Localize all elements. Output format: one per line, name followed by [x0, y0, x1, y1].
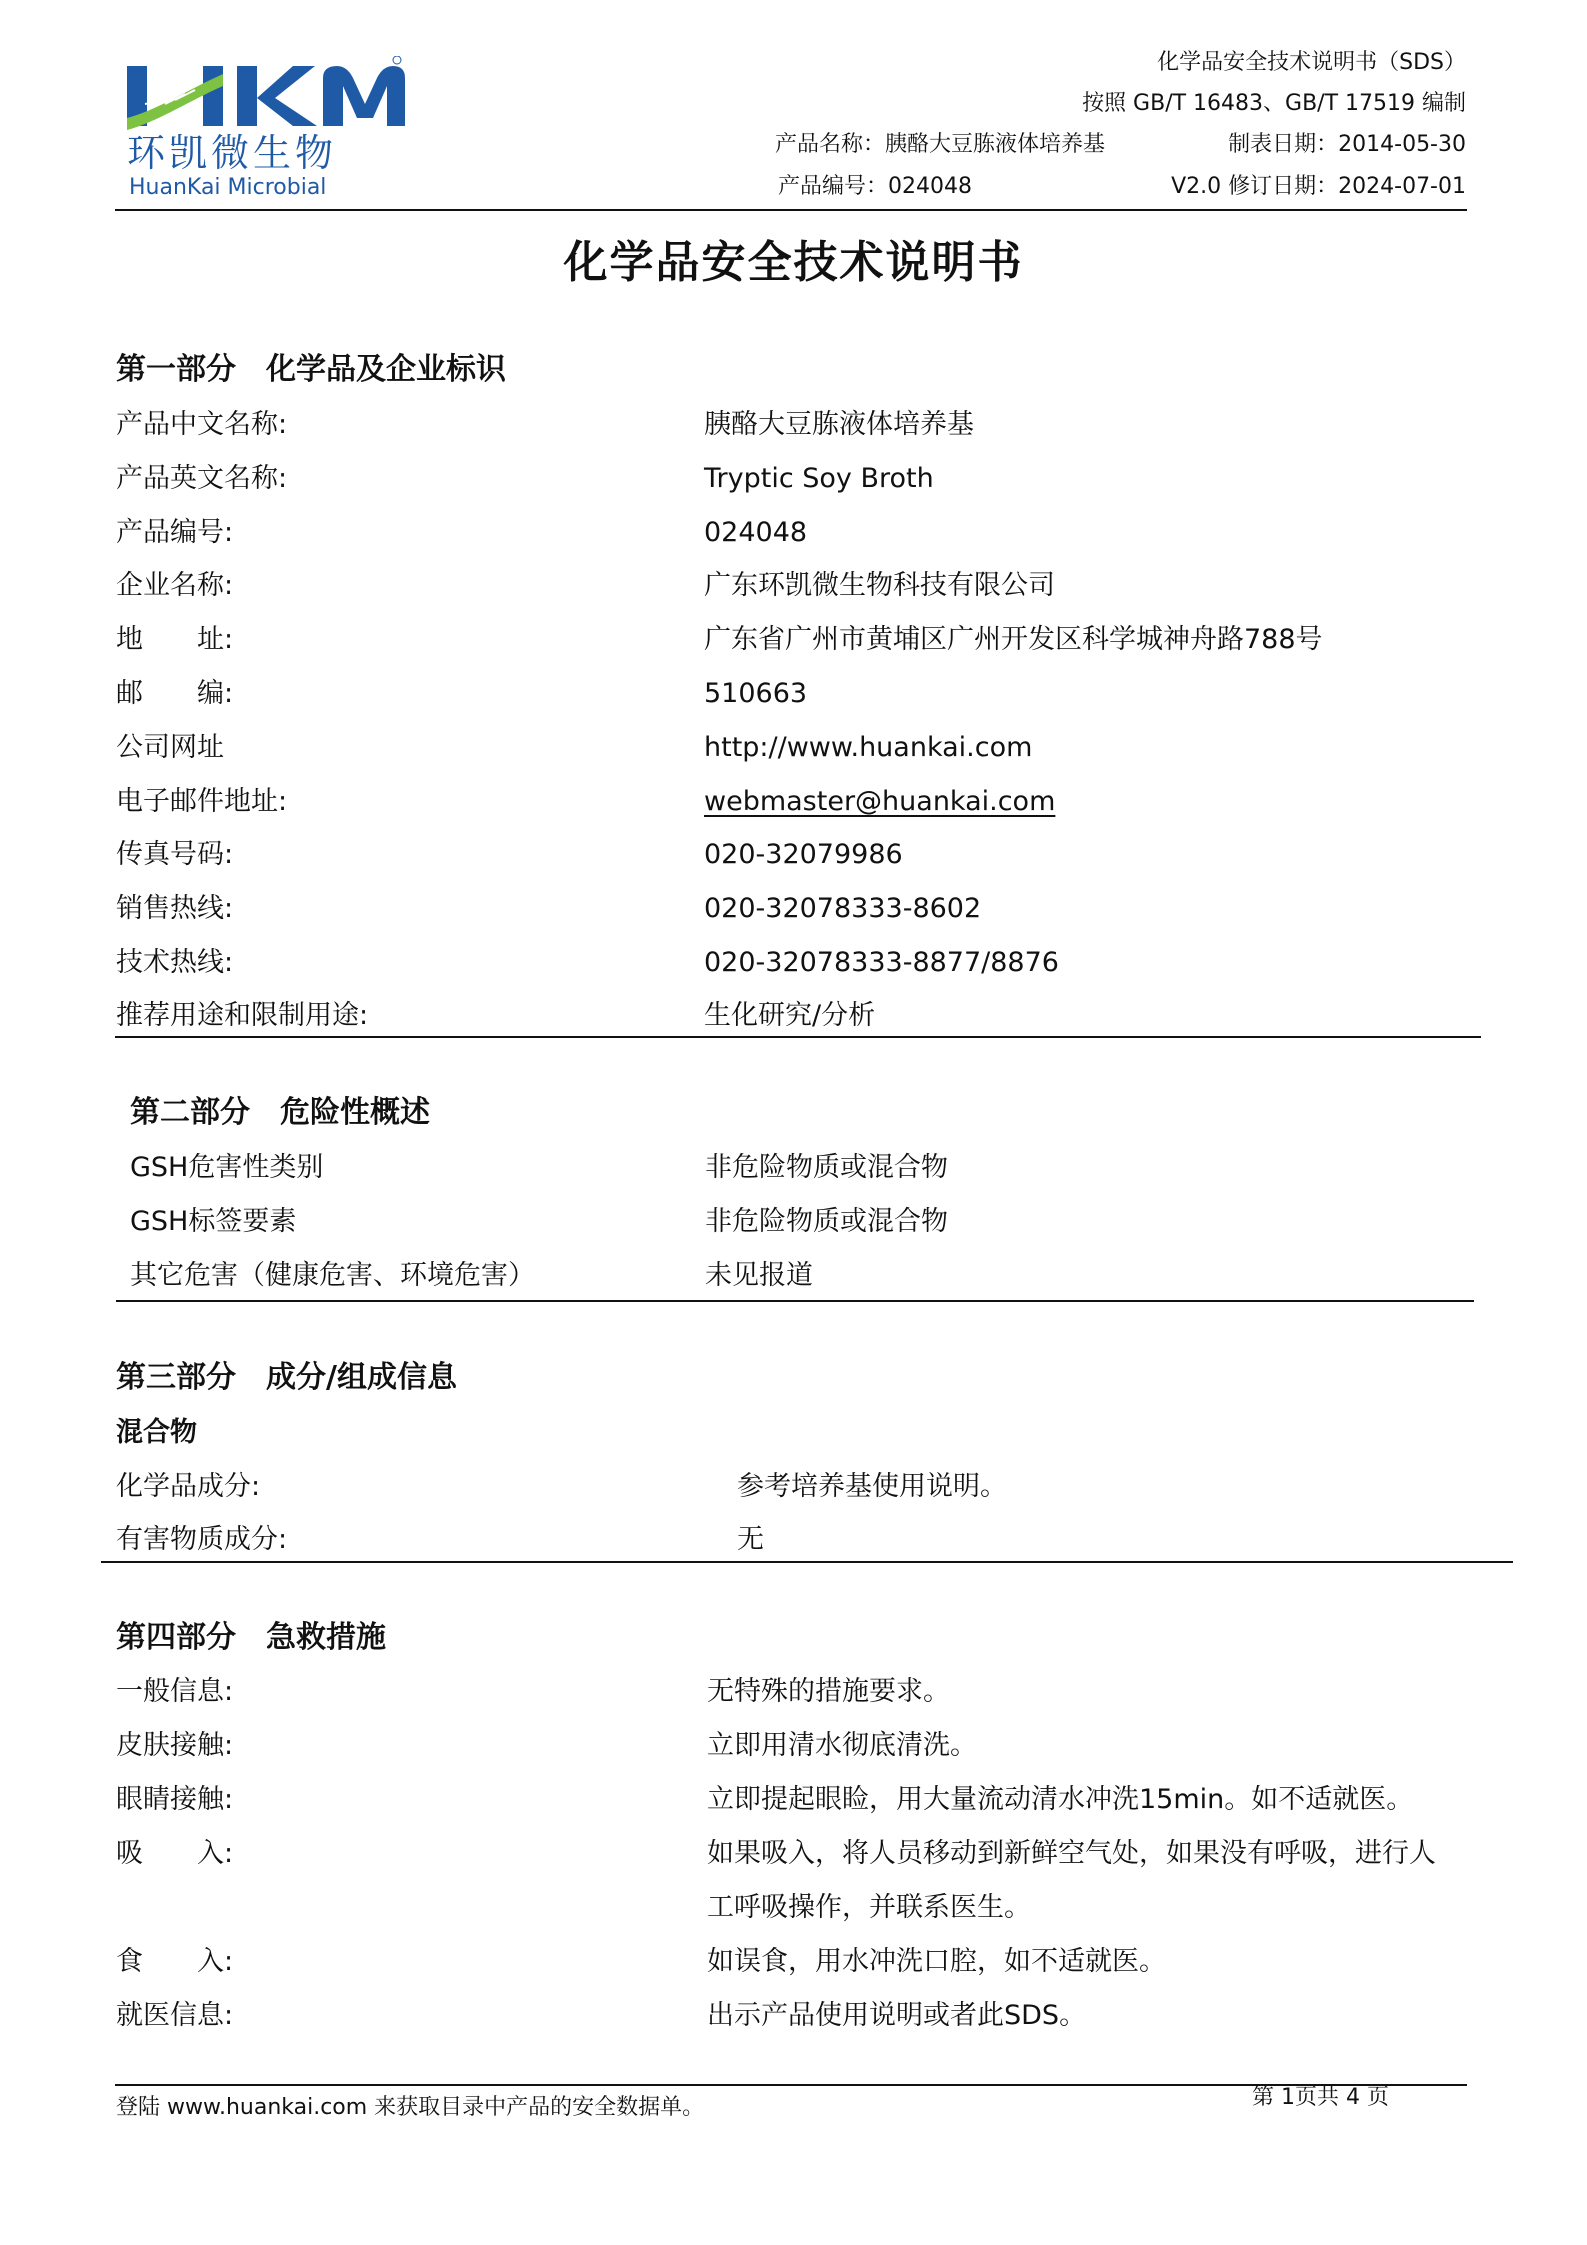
revision-date-value: 2024-07-01 — [1338, 174, 1466, 199]
row-value: 非危险物质或混合物 — [705, 1150, 948, 1186]
section-title: 危险性概述 — [280, 1095, 430, 1130]
row-label: 推荐用途和限制用途: — [116, 998, 368, 1034]
row-label: 电子邮件地址: — [116, 784, 287, 820]
header-divider — [115, 209, 1467, 211]
section-number: 第一部分 — [116, 352, 236, 387]
section-number: 第三部分 — [116, 1360, 236, 1395]
email-link[interactable]: webmaster@huankai.com — [704, 784, 1055, 820]
row-label: 地 址: — [116, 622, 233, 658]
row-label: GSH标签要素 — [130, 1204, 296, 1240]
product-name-value: 胰酪大豆胨液体培养基 — [885, 132, 1105, 157]
section-1-heading: 第一部分化学品及企业标识 — [116, 350, 506, 390]
row-label: GSH危害性类别 — [130, 1150, 323, 1186]
section-1-divider — [115, 1036, 1481, 1038]
standard-label: 按照 GB/T 16483、GB/T 17519 编制 — [1082, 89, 1466, 119]
row-label: 邮 编: — [116, 676, 233, 712]
section-title: 急救措施 — [266, 1620, 386, 1655]
row-value: 如误食，用水冲洗口腔，如不适就医。 — [707, 1944, 1166, 1980]
doc-type-label: 化学品安全技术说明书（SDS） — [1157, 48, 1466, 78]
section-title: 成分/组成信息 — [266, 1360, 457, 1395]
row-label: 化学品成分: — [116, 1469, 260, 1505]
row-value: 参考培养基使用说明。 — [737, 1469, 1007, 1505]
row-label: 有害物质成分: — [116, 1522, 287, 1558]
row-value: 生化研究/分析 — [704, 998, 875, 1034]
created-date-label: 制表日期： — [1228, 132, 1338, 157]
section-3-divider — [101, 1561, 1513, 1563]
section-number: 第四部分 — [116, 1620, 236, 1655]
row-label: 就医信息: — [116, 1998, 233, 2034]
row-value: 020-32078333-8877/8876 — [704, 945, 1059, 981]
row-value-continued: 工呼吸操作，并联系医生。 — [707, 1890, 1031, 1926]
row-value: 510663 — [704, 676, 807, 712]
row-value: 出示产品使用说明或者此SDS。 — [707, 1998, 1086, 2034]
row-value: 胰酪大豆胨液体培养基 — [704, 407, 974, 443]
revision-date-field: V2.0 修订日期：2024-07-01 — [1171, 172, 1466, 202]
product-code-label: 产品编号： — [778, 174, 888, 199]
row-label: 公司网址 — [116, 730, 224, 766]
row-value: 无 — [737, 1522, 764, 1558]
row-value: 广东环凯微生物科技有限公司 — [704, 568, 1055, 604]
row-label: 眼睛接触: — [116, 1782, 233, 1818]
row-label: 食 入: — [116, 1944, 233, 1980]
row-value: 立即提起眼睑，用大量流动清水冲洗15min。如不适就医。 — [707, 1782, 1413, 1818]
row-value: 非危险物质或混合物 — [705, 1204, 948, 1240]
row-label: 销售热线: — [116, 891, 233, 927]
section-3-heading: 第三部分成分/组成信息 — [116, 1358, 457, 1398]
section-2-divider — [116, 1300, 1474, 1302]
row-value: 广东省广州市黄埔区广州开发区科学城神舟路788号 — [704, 622, 1323, 658]
row-label: 产品英文名称: — [116, 461, 287, 497]
section-4-heading: 第四部分急救措施 — [116, 1618, 386, 1658]
section-title: 化学品及企业标识 — [266, 352, 506, 387]
created-date-value: 2014-05-30 — [1338, 132, 1466, 157]
row-label: 其它危害（健康危害、环境危害） — [130, 1258, 535, 1294]
row-value: 无特殊的措施要求。 — [707, 1674, 950, 1710]
created-date-field: 制表日期：2014-05-30 — [1228, 130, 1466, 160]
company-logo: 环凯微生物 HuanKai Microbial — [125, 56, 405, 204]
section-2-heading: 第二部分危险性概述 — [130, 1093, 430, 1133]
page-title: 化学品安全技术说明书 — [0, 226, 1587, 290]
row-label: 一般信息: — [116, 1674, 233, 1710]
footer-note: 登陆 www.huankai.com 来获取目录中产品的安全数据单。 — [116, 2094, 704, 2122]
row-label: 传真号码: — [116, 837, 233, 873]
product-name-field: 产品名称：胰酪大豆胨液体培养基 — [775, 130, 1105, 160]
row-label: 吸 入: — [116, 1836, 233, 1872]
product-code-field: 产品编号：024048 — [778, 172, 972, 202]
product-name-label: 产品名称： — [775, 132, 885, 157]
row-value: 如果吸入，将人员移动到新鲜空气处，如果没有呼吸，进行人 — [707, 1836, 1436, 1872]
row-label: 企业名称: — [116, 568, 233, 604]
row-label: 技术热线: — [116, 945, 233, 981]
row-label: 产品编号: — [116, 515, 233, 551]
page-number: 第 1页共 4 页 — [1252, 2084, 1389, 2112]
website-link[interactable]: http://www.huankai.com — [704, 730, 1032, 766]
product-code-value: 024048 — [888, 174, 972, 199]
revision-date-label: V2.0 修订日期： — [1171, 174, 1338, 199]
section-number: 第二部分 — [130, 1095, 250, 1130]
logo-english-name: HuanKai Microbial — [129, 176, 326, 200]
row-value: 020-32078333-8602 — [704, 891, 981, 927]
row-value: 未见报道 — [705, 1258, 813, 1294]
logo-chinese-name: 环凯微生物 — [127, 132, 337, 174]
row-label: 皮肤接触: — [116, 1728, 233, 1764]
row-label: 产品中文名称: — [116, 407, 287, 443]
row-value: 024048 — [704, 515, 807, 551]
row-value: Tryptic Soy Broth — [704, 461, 934, 497]
row-value: 020-32079986 — [704, 837, 903, 873]
mixture-subheading: 混合物 — [116, 1415, 197, 1451]
row-value: 立即用清水彻底清洗。 — [707, 1728, 977, 1764]
